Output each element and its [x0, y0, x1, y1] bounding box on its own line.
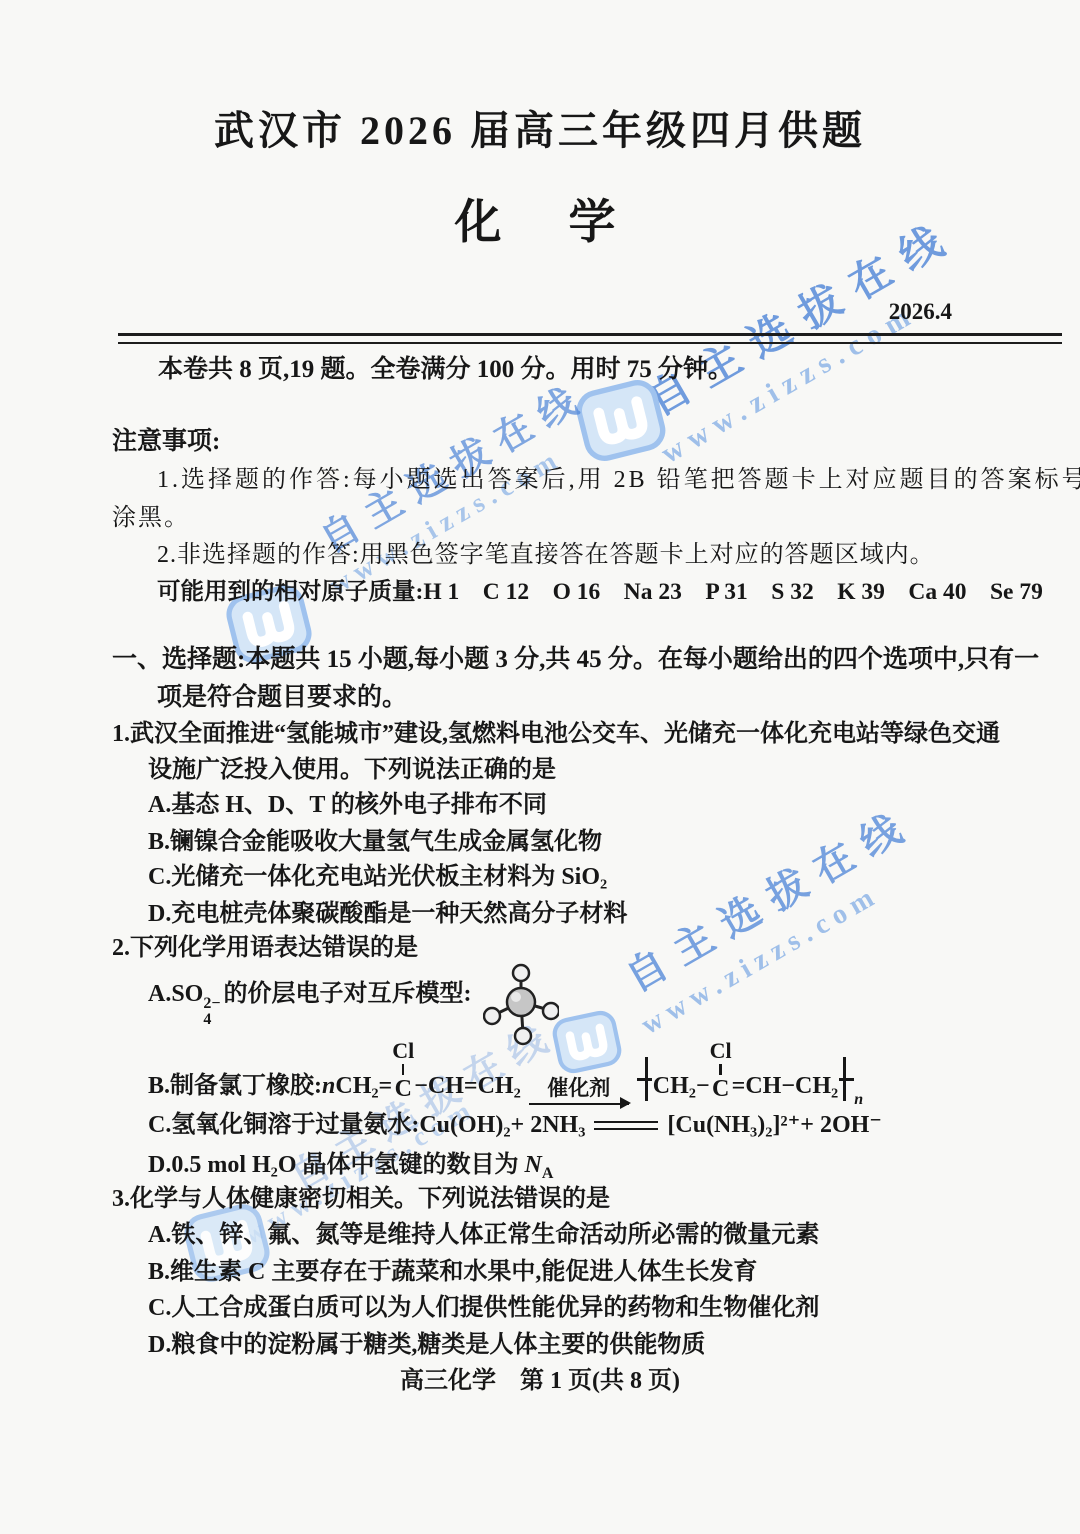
q1-stem-line-1: 1.武汉全面推进“氢能城市”建设,氢燃料电池公交车、光储充一体化充电站等绿色交通 [112, 721, 1000, 749]
avogadro-symbol: N [525, 1152, 542, 1178]
q3-option-b: B.维生素 C 主要存在于蔬菜和水果中,能促进人体生长发育 [148, 1259, 757, 1287]
exam-page: 自主选拔在线 www.zizzs.com 自主选拔在线 www.zizzs.co… [0, 0, 1080, 1534]
so4-superscript: 2− [203, 996, 220, 1012]
q1-option-a: A.基态 H、D、T 的核外电子排布不同 [148, 792, 547, 820]
so4-subscript: 4 [203, 1012, 211, 1028]
notice-item-2: 2.非选择题的作答:用黑色签字笔直接答在答题卡上对应的答题区域内。 [157, 542, 935, 570]
exam-date: 2026.4 [889, 299, 952, 325]
q3-option-a: A.铁、锌、氟、氮等是维持人体正常生命活动所必需的微量元素 [148, 1222, 819, 1250]
chloro-carbon-group: ClC [392, 1040, 414, 1101]
watermark-text: 自主选拔在线 [614, 792, 923, 1003]
exam-title: 武汉市 2026 届高三年级四月供题 [0, 108, 1080, 154]
polymer-bracket-right [839, 1057, 854, 1101]
q3-option-c: C.人工合成蛋白质可以为人们提供性能优异的药物和生物催化剂 [148, 1295, 819, 1323]
subject-title: 化 学 [0, 196, 1080, 250]
watermark-logo-icon [568, 371, 674, 469]
atomic-masses: 可能用到的相对原子质量:H 1 C 12 O 16 Na 23 P 31 S 3… [157, 579, 1043, 606]
vsepr-tetrahedral-model [483, 962, 559, 1046]
double-equals-sign [594, 1121, 658, 1130]
reaction-arrow: 催化剂 [529, 1077, 629, 1105]
header-divider [118, 333, 1062, 344]
q2-option-a: A.SO2−4的价层电子对互斥模型: [148, 962, 559, 1046]
single-bond [719, 1064, 722, 1075]
watermark-text: 自主选拔在线 [308, 366, 595, 564]
q2-option-c: C.氢氧化铜溶于过量氨水:Cu(OH)₂+ 2NH₃ [Cu(NH₃)₂]²⁺+… [148, 1112, 882, 1140]
section-1-heading-line-1: 一、选择题:本题共 15 小题,每小题 3 分,共 45 分。在每小题给出的四个… [112, 646, 1039, 675]
watermark-url: www.zizzs.com [636, 879, 886, 1042]
paper-info: 本卷共 8 页,19 题。全卷满分 100 分。用时 75 分钟。 [158, 356, 733, 385]
notice-item-1-cont: 涂黑。 [112, 505, 190, 533]
q2-stem: 2.下列化学用语表达错误的是 [112, 935, 418, 963]
q1-option-c: C.光储充一体化充电站光伏板主材料为 SiO₂ [148, 864, 607, 892]
notice-item-1: 1.选择题的作答:每小题选出答案后,用 2B 铅笔把答题卡上对应题目的答案标号 [157, 467, 1080, 495]
polymer-bracket-left [637, 1057, 652, 1101]
q3-stem: 3.化学与人体健康密切相关。下列说法错误的是 [112, 1186, 610, 1214]
polymer-subscript-n: n [854, 1091, 863, 1109]
q2-option-b-label: B.制备氯丁橡胶: [148, 1073, 322, 1101]
single-bond [402, 1064, 405, 1075]
section-1-heading-line-2: 项是符合题目要求的。 [157, 684, 407, 713]
q2-option-b: B.制备氯丁橡胶: nCH₂=ClC−CH=CH₂ 催化剂 CH₂−ClC=CH… [148, 1040, 863, 1101]
arrow-icon [529, 1103, 629, 1106]
q2-option-a-text: A.SO2−4的价层电子对互斥模型: [148, 981, 471, 1028]
chloro-carbon-group: ClC [710, 1040, 732, 1101]
q1-option-d: D.充电桩壳体聚碳酸酯是一种天然高分子材料 [148, 901, 627, 929]
notice-heading: 注意事项: [112, 428, 220, 457]
q3-option-d: D.粮食中的淀粉属于糖类,糖类是人体主要的供能物质 [148, 1332, 705, 1360]
q1-stem-line-2: 设施广泛投入使用。下列说法正确的是 [148, 757, 556, 785]
page-footer: 高三化学 第 1 页(共 8 页) [0, 1368, 1080, 1396]
coefficient-n: n [322, 1073, 335, 1101]
catalyst-label: 催化剂 [547, 1077, 610, 1099]
avogadro-subscript: A [542, 1165, 554, 1182]
q2-option-d: D.0.5 mol H₂O 晶体中氢键的数目为 NA [148, 1152, 553, 1183]
q1-option-b: B.镧镍合金能吸收大量氢气生成金属氢化物 [148, 829, 602, 857]
